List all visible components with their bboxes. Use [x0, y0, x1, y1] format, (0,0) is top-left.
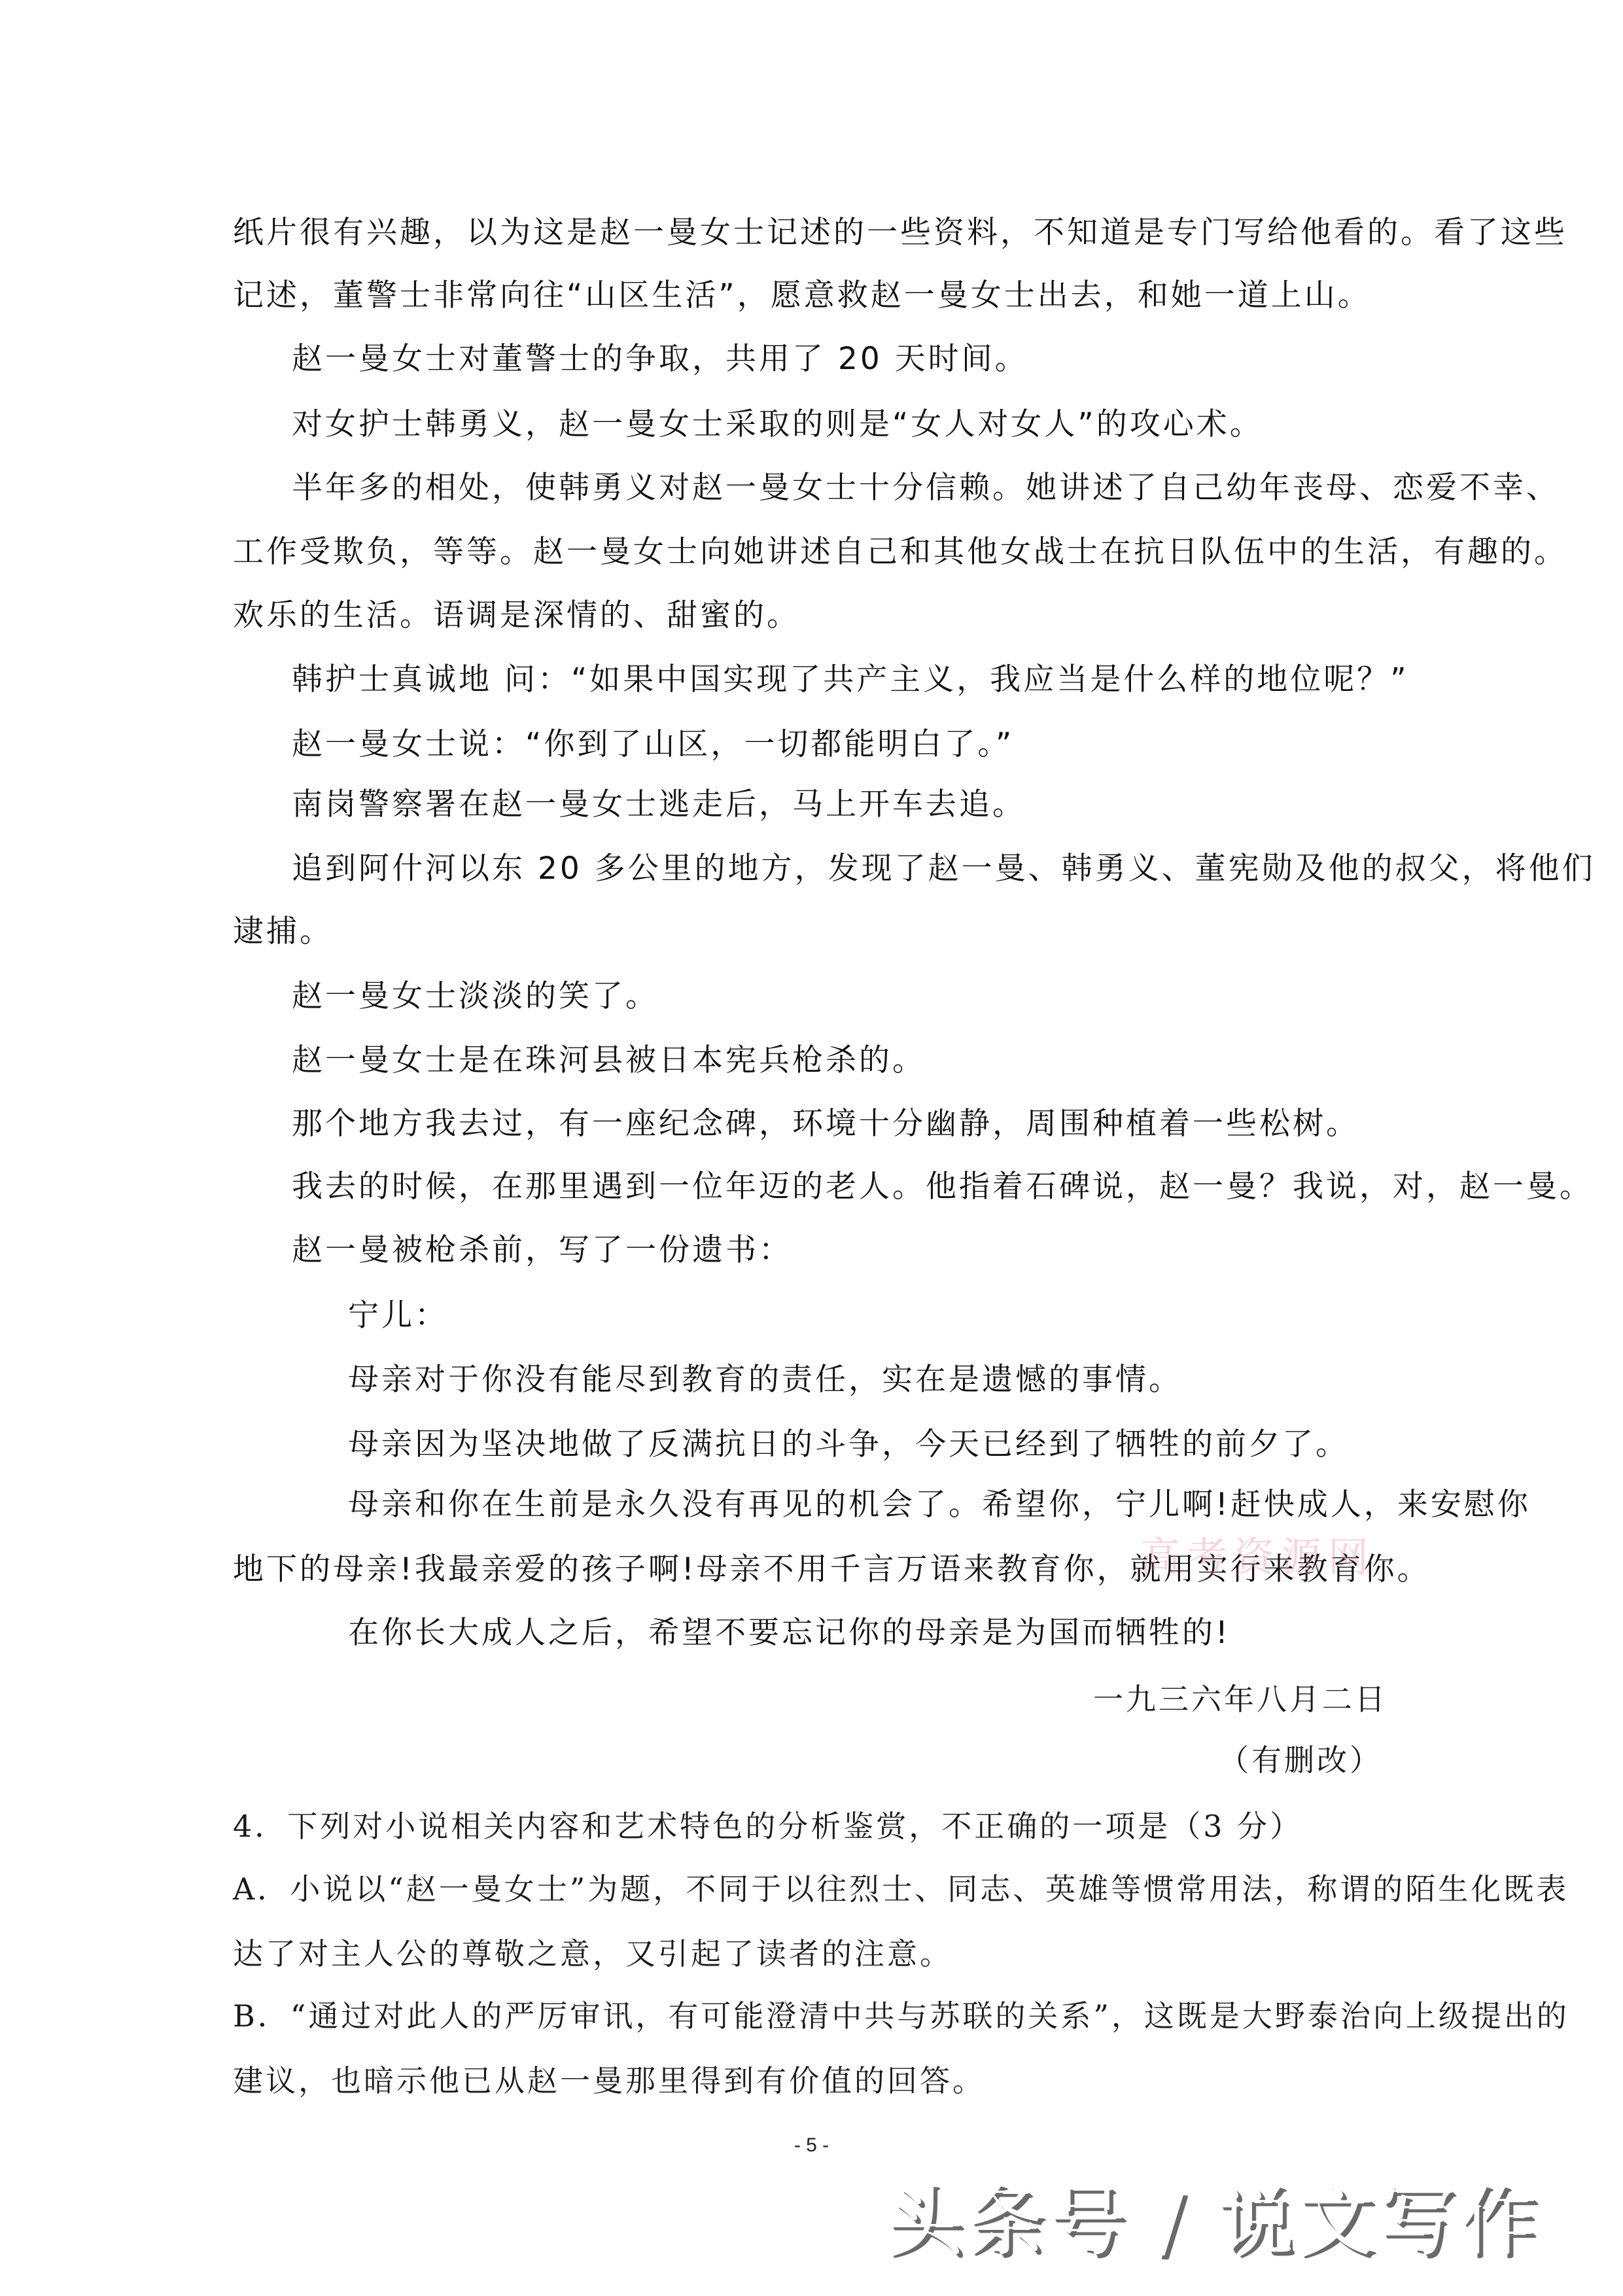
letter-salutation: 宁儿：: [348, 1296, 448, 1335]
story-line: 南岗警察署在赵一曼女士逃走后，马上开车去追。: [292, 785, 1026, 824]
story-line: 半年多的相处，使韩勇义对赵一曼女士十分信赖。她讲述了自己幼年丧母、恋爱不幸、: [292, 468, 1371, 508]
story-line: 赵一曼女士是在珠河县被日本宪兵枪杀的。: [292, 1041, 926, 1080]
story-line: 我去的时候，在那里遇到一位年迈的老人。他指着石碑说，赵一曼？我说，对，赵一曼。: [292, 1167, 1404, 1207]
story-line: 追到阿什河以东 20 多公里的地方，发现了赵一曼、韩勇义、董宪勋及他的叔父，将他…: [292, 849, 1397, 889]
story-line: 对女护士韩勇义，赵一曼女士采取的则是“女人对女人”的攻心术。: [292, 405, 1263, 444]
faint-watermark: 高考资源网: [1140, 1525, 1375, 1583]
option-a-line1: A．小说以“赵一曼女士”为题，不同于以往烈士、同志、英雄等惯常用法，称谓的陌生化…: [233, 1869, 1387, 1909]
story-line: 欢乐的生活。语调是深情的、甜蜜的。: [233, 596, 800, 635]
story-line: 赵一曼女士对董警士的争取，共用了 20 天时间。: [292, 340, 1028, 379]
story-line: 韩护士真诚地 问：“如果中国实现了共产主义，我应当是什么样的地位呢？”: [292, 660, 1409, 699]
page-number: - 5 -: [0, 2134, 1623, 2157]
story-line: 工作受欺负，等等。赵一曼女士向她讲述自己和其他女战士在抗日队伍中的生活，有趣的。: [233, 533, 1371, 572]
document-page: 纸片很有兴趣，以为这是赵一曼女士记述的一些资料，不知道是专门写给他看的。看了这些…: [0, 0, 1623, 2296]
source-watermark: 头条号 / 说文写作: [886, 2159, 1541, 2270]
story-line: 赵一曼被枪杀前，写了一份遗书：: [292, 1231, 792, 1270]
story-line: 纸片很有兴趣，以为这是赵一曼女士记述的一些资料，不知道是专门写给他看的。看了这些: [233, 213, 1401, 253]
story-line: 赵一曼女士淡淡的笑了。: [292, 977, 659, 1016]
option-b-line2: 建议，也暗示他已从赵一曼那里得到有价值的回答。: [233, 2061, 985, 2100]
story-line: 逮捕。: [233, 912, 333, 951]
source-note: （有删改）: [1219, 1740, 1382, 1780]
story-line: 那个地方我去过，有一座纪念碑，环境十分幽静，周围种植着一些松树。: [292, 1104, 1359, 1144]
letter-line: 母亲对于你没有能尽到教育的责任，实在是遗憾的事情。: [348, 1360, 1182, 1400]
story-line: 记述，董警士非常向往“山区生活”，愿意救赵一曼女士出去，和她一道上山。: [233, 276, 1371, 315]
story-line: 赵一曼女士说：“你到了山区，一切都能明白了。”: [292, 725, 1014, 764]
option-a-line2: 达了对主人公的尊敬之意，又引起了读者的注意。: [233, 1934, 952, 1973]
letter-date: 一九三六年八月二日: [1093, 1680, 1387, 1719]
option-b-line1: B．“通过对此人的严厉审讯，有可能澄清中共与苏联的关系”，这既是大野泰治向上级提…: [233, 1996, 1387, 2036]
question-stem: 4．下列对小说相关内容和艺术特色的分析鉴赏，不正确的一项是（3 分）: [233, 1807, 1302, 1846]
letter-line: 母亲和你在生前是永久没有再见的机会了。希望你，宁儿啊!赶快成人，来安慰你: [348, 1485, 1362, 1525]
letter-line: 母亲因为坚决地做了反满抗日的斗争，今天已经到了牺牲的前夕了。: [348, 1425, 1349, 1464]
letter-line: 在你长大成人之后，希望不要忘记你的母亲是为国而牺牲的!: [348, 1614, 1230, 1653]
